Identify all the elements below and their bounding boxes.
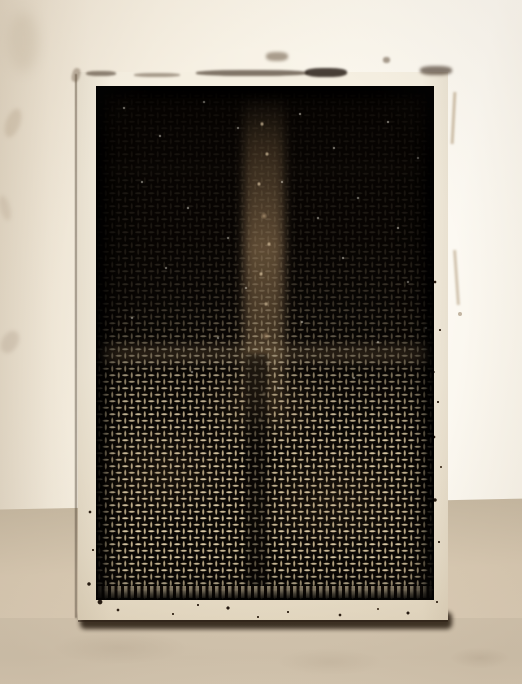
frame-left-edge-line <box>75 74 77 618</box>
mesh-inner-shadow <box>96 86 434 600</box>
vent-frame <box>78 72 448 620</box>
frame-top-smudge <box>86 71 116 76</box>
frame-top-smudge <box>305 68 347 77</box>
frame-top-smudge <box>420 66 452 75</box>
photograph <box>0 0 522 684</box>
frame-top-smudge <box>196 70 308 76</box>
wall-scratch <box>458 312 462 316</box>
wall-scuff <box>8 12 38 72</box>
frame-top-smudge <box>266 52 288 61</box>
frame-top-smudge <box>383 57 390 63</box>
frame-weathering-bottom <box>92 600 438 618</box>
frame-top-smudge <box>134 73 180 77</box>
wire-mesh <box>96 86 434 600</box>
